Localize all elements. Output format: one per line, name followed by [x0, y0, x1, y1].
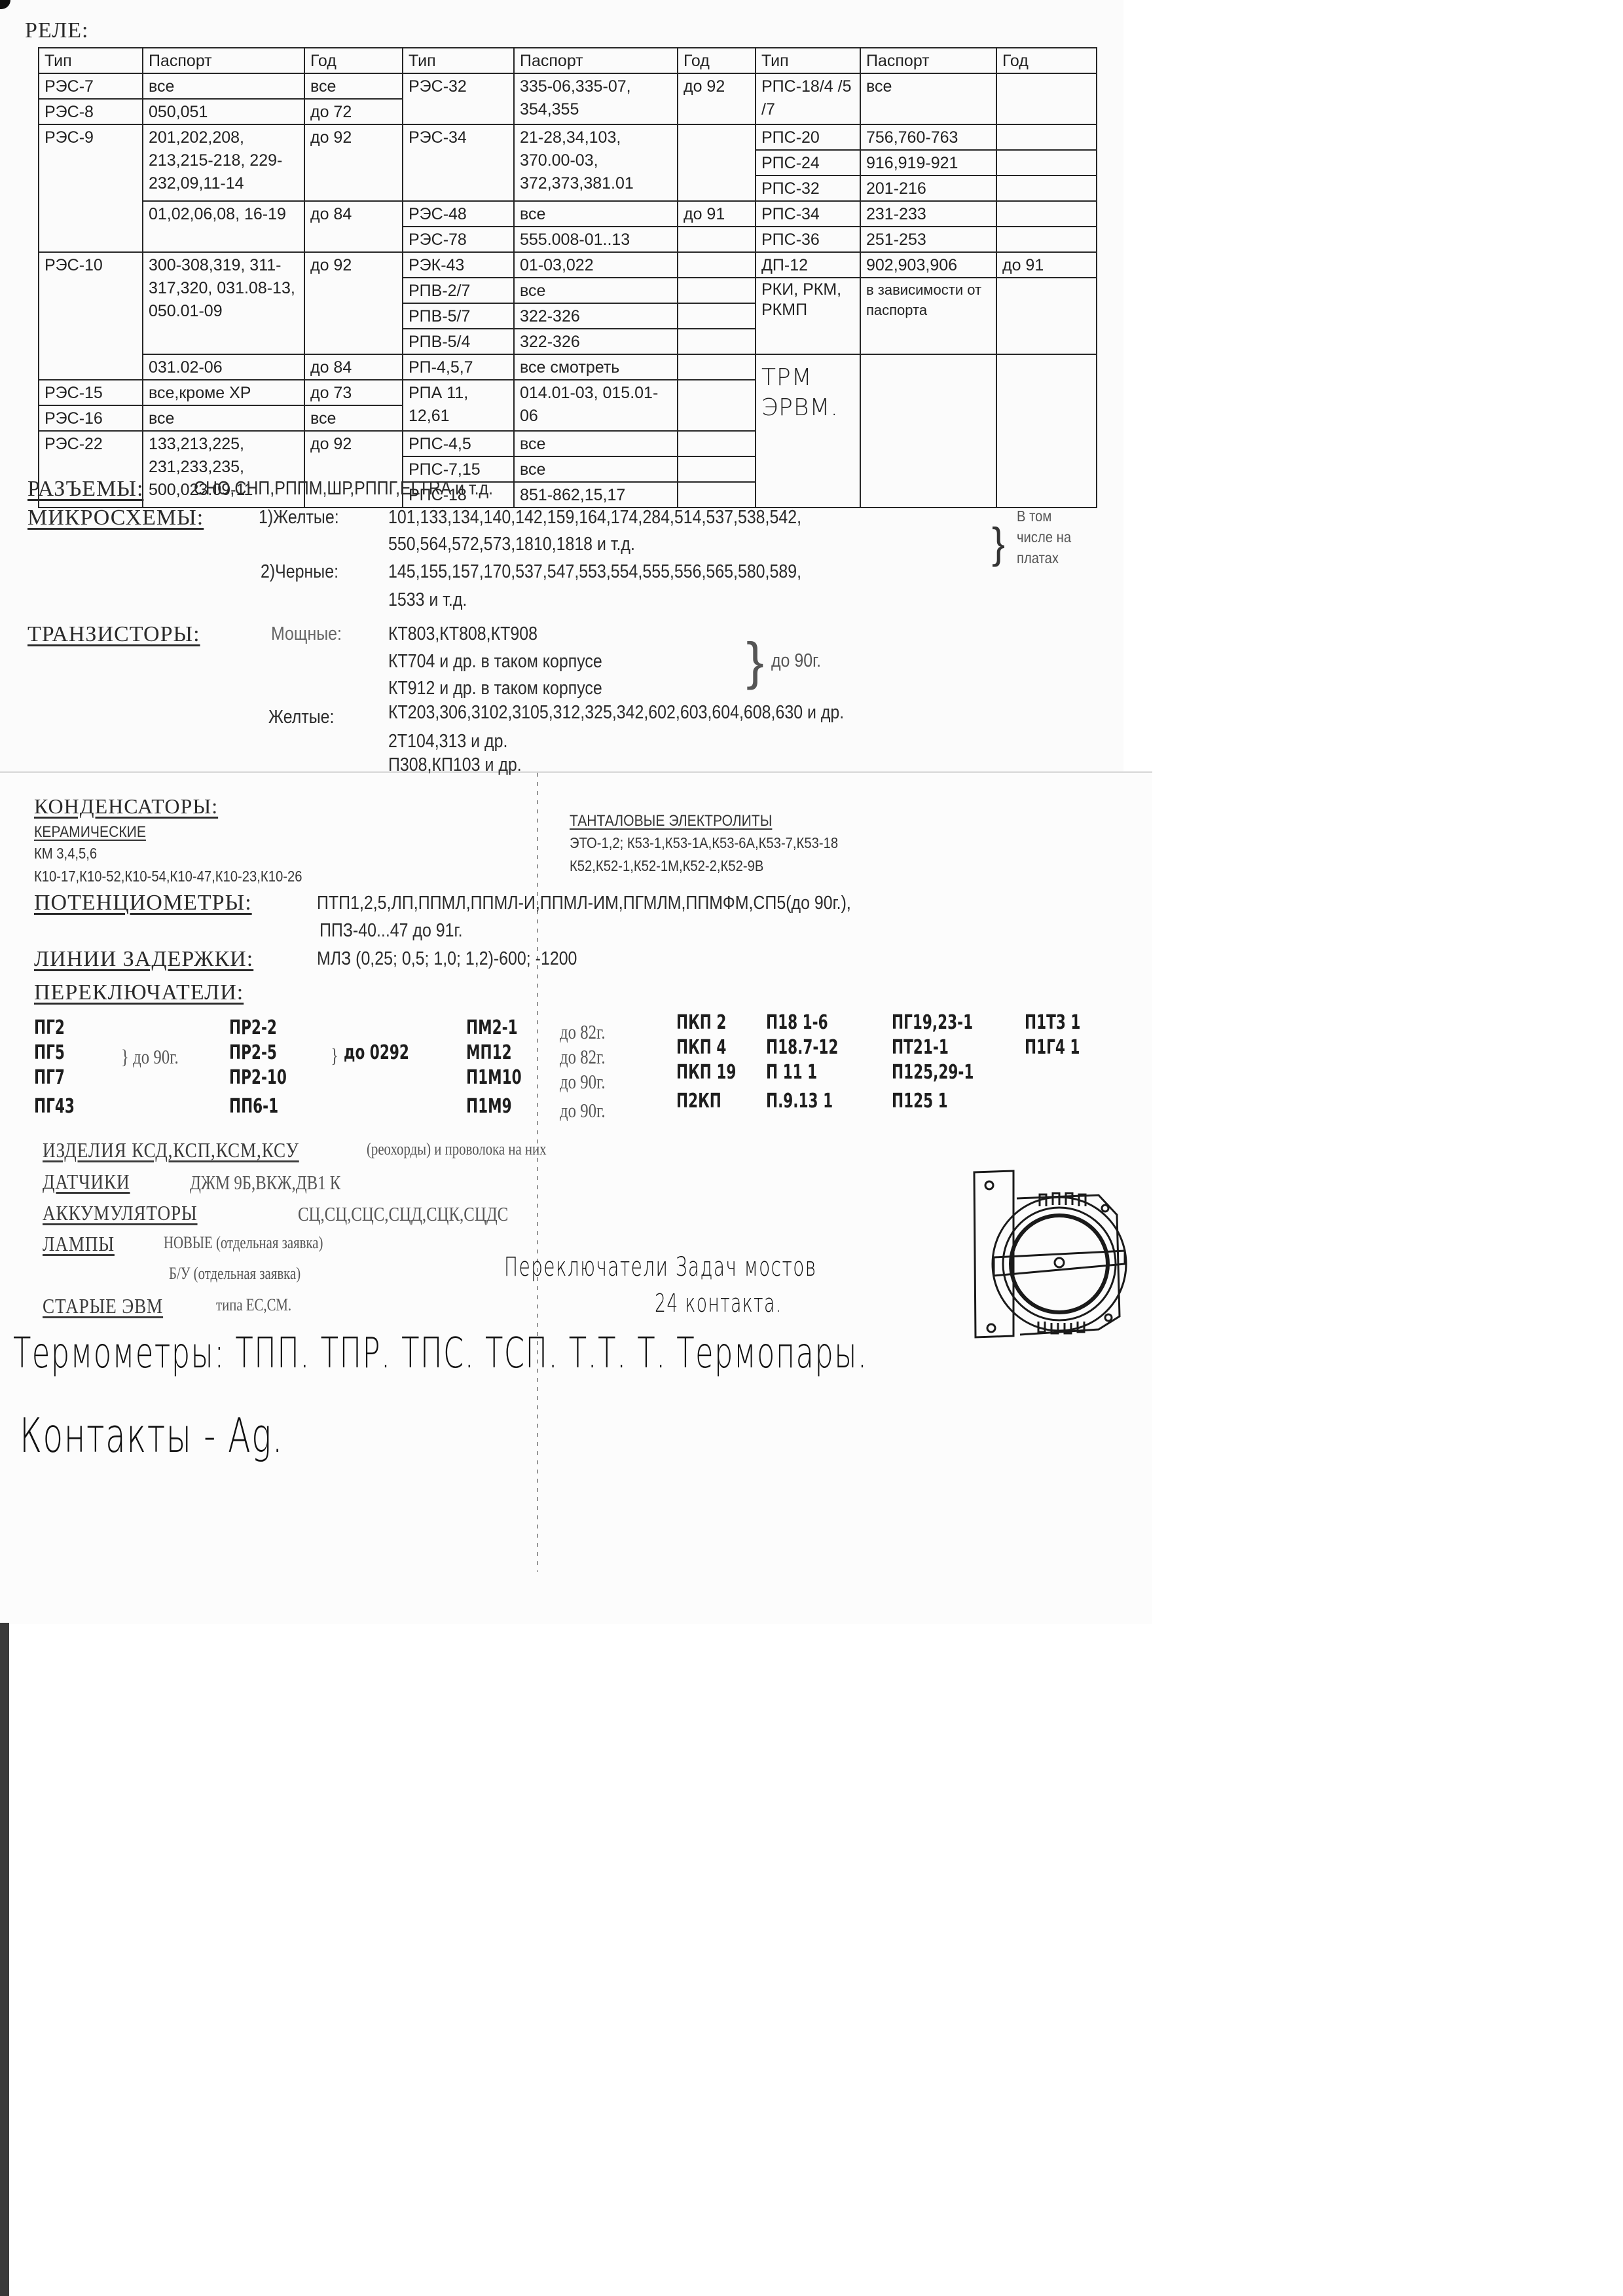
connectors-text: СНО,СНП,РППМ,ШР,РППГ,ELTRA и т.д. — [194, 478, 493, 500]
switch-note: до 90г. — [560, 1070, 606, 1094]
microchips-yellow-label: 1)Желтые: — [259, 507, 339, 528]
microchips-black-label: 2)Черные: — [261, 561, 338, 583]
connectors-label: РАЗЪЕМЫ: — [27, 477, 143, 502]
thermometers-note: Термометры: ТПП. ТПР. ТПС. ТСП. Т.Т. Т. … — [13, 1329, 868, 1378]
potentiometers-line2: ППЗ-40...47 до 91г. — [319, 920, 462, 942]
relay-passport-cell — [860, 354, 996, 508]
bridge-switches-contacts: 24 контакта. — [655, 1289, 782, 1318]
relay-year-cell — [996, 124, 1097, 150]
ceramic-line2: К10-17,К10-52,К10-54,К10-47,К10-23,К10-2… — [34, 868, 302, 885]
header-year: Год — [678, 48, 756, 73]
ceramic-label: КЕРАМИЧЕСКИЕ — [34, 823, 146, 842]
relay-year-cell — [678, 456, 756, 482]
misc-label: СТАРЫЕ ЭВМ — [43, 1294, 163, 1318]
relay-header-row: Тип Паспорт Год Тип Паспорт Год Тип Пасп… — [39, 48, 1097, 73]
relay-passport-cell: в зависимости от паспорта — [860, 278, 996, 354]
relay-type-cell: РПС-32 — [756, 176, 860, 201]
misc-label: АККУМУЛЯТОРЫ — [43, 1201, 198, 1225]
relay-type-cell: РПС-34 — [756, 201, 860, 227]
microchips-yellow-line2: 550,564,572,573,1810,1818 и т.д. — [388, 534, 635, 555]
relay-type-cell: РЭС-78 — [403, 227, 514, 252]
relay-passport-cell: 851-862,15,17 — [514, 482, 678, 508]
relay-passport-cell: все — [514, 431, 678, 456]
relay-passport-cell: 21-28,34,103, 370.00-03, 372,373,381.01 — [514, 124, 678, 201]
relay-passport-cell: все — [514, 456, 678, 482]
capacitors-label: КОНДЕНСАТОРЫ: — [34, 794, 218, 819]
switch-item: МП12 — [466, 1041, 512, 1064]
transistors-power-note: до 90г. — [771, 650, 821, 672]
relay-year-cell — [678, 227, 756, 252]
switch-item: ПР2-2 — [229, 1016, 277, 1039]
relay-year-cell: до 72 — [304, 99, 403, 124]
scanner-edge — [0, 1623, 9, 2296]
relay-passport-cell: 555.008-01..13 — [514, 227, 678, 252]
transistors-power-label: Мощные: — [271, 623, 342, 645]
switch-item: ПМ2-1 — [466, 1016, 518, 1039]
misc-text: Б/У (отдельная заявка) — [169, 1264, 301, 1284]
relay-type-cell: РПС-24 — [756, 150, 860, 176]
relay-passport-cell: 231-233 — [860, 201, 996, 227]
relay-year-cell: до 84 — [304, 201, 403, 252]
ceramic-line1: КМ 3,4,5,6 — [34, 845, 97, 862]
relay-year-cell — [678, 252, 756, 278]
relay-year-cell: до 91 — [678, 201, 756, 227]
relay-row: 01,02,06,08, 16-19до 84РЭС-48вседо 91РПС… — [39, 201, 1097, 227]
header-year: Год — [304, 48, 403, 73]
switch-item: ПР2-10 — [229, 1066, 287, 1089]
relay-type-cell: РЭС-9 — [39, 124, 143, 252]
relay-passport-cell: 050,051 — [143, 99, 304, 124]
bridge-switches-note: Переключатели Задач мостов — [504, 1252, 817, 1282]
relay-type-cell: РПС-18/4 /5 /7 — [756, 73, 860, 124]
relay-type-cell: РПС-4,5 — [403, 431, 514, 456]
relay-year-cell — [996, 150, 1097, 176]
transistors-power-line1: КТ803,КТ808,КТ908 — [388, 623, 538, 645]
switch-item: П2КП — [676, 1090, 721, 1113]
microchips-note-line3: платах — [1017, 549, 1059, 567]
switch-item: ПКП 4 — [676, 1036, 726, 1059]
relay-passport-cell: 300-308,319, 311-317,320, 031.08-13, 050… — [143, 252, 304, 354]
transistors-power-line3: КТ912 и др. в таком корпусе — [388, 678, 602, 699]
relay-passport-cell: все — [143, 73, 304, 99]
relay-passport-cell: все — [860, 73, 996, 124]
switches-label: ПЕРЕКЛЮЧАТЕЛИ: — [34, 980, 244, 1005]
relay-type-cell: РКИ, РКМ, РКМП — [756, 278, 860, 354]
relay-passport-cell: все — [514, 278, 678, 303]
switch-item: П.9.13 1 — [766, 1090, 833, 1113]
switch-item: ПП6-1 — [229, 1095, 278, 1118]
misc-label: ИЗДЕЛИЯ КСД,КСП,КСМ,КСУ — [43, 1138, 299, 1162]
relay-passport-cell: 335-06,335-07, 354,355 — [514, 73, 678, 124]
relay-row: РЭС-9201,202,208, 213,215-218, 229-232,0… — [39, 124, 1097, 150]
switch-note: до 82г. — [560, 1045, 606, 1069]
switch-item: ПКП 19 — [676, 1061, 736, 1084]
switch-item: П125,29-1 — [892, 1061, 974, 1084]
microchips-black-line2: 1533 и т.д. — [388, 589, 467, 611]
switch-item: ПР2-5 — [229, 1041, 277, 1064]
relay-type-cell: РПС-36 — [756, 227, 860, 252]
delay-lines-text: МЛЗ (0,25; 0,5; 1,0; 1,2)-600; -1200 — [317, 948, 577, 970]
relay-passport-cell: 031.02-06 — [143, 354, 304, 380]
switch-item: ПГ5 — [34, 1041, 65, 1064]
brace-icon: } — [331, 1044, 338, 1067]
relay-type-cell: РПВ-2/7 — [403, 278, 514, 303]
relay-type-cell: РПВ-5/7 — [403, 303, 514, 329]
switch-note: } до 90г. — [121, 1045, 179, 1069]
switch-item: П1М9 — [466, 1095, 512, 1118]
transistors-yellow-line1: КТ203,306,3102,3105,312,325,342,602,603,… — [388, 702, 844, 724]
switch-item: П1Т3 1 — [1025, 1011, 1080, 1034]
microchips-note-line1: В том — [1017, 508, 1051, 525]
relay-year-cell — [996, 278, 1097, 354]
switch-item: ПГ43 — [34, 1095, 75, 1118]
switch-item: П 11 1 — [766, 1061, 817, 1084]
switch-item: П1Г4 1 — [1025, 1036, 1080, 1059]
relay-row: 031.02-06до 84РП-4,5,7все смотретьТРМ ЭР… — [39, 354, 1097, 380]
relay-year-cell — [996, 201, 1097, 227]
switch-item: П18 1-6 — [766, 1011, 828, 1034]
header-passport: Паспорт — [514, 48, 678, 73]
relay-passport-cell: 756,760-763 — [860, 124, 996, 150]
relay-year-cell: до 92 — [678, 73, 756, 124]
relay-passport-cell: 01-03,022 — [514, 252, 678, 278]
switch-note: до 0292 — [344, 1041, 409, 1064]
relay-type-cell: РЭС-10 — [39, 252, 143, 380]
relay-year-cell — [678, 380, 756, 431]
relay-type-cell: РПВ-5/4 — [403, 329, 514, 354]
relay-passport-cell: 916,919-921 — [860, 150, 996, 176]
relay-table: Тип Паспорт Год Тип Паспорт Год Тип Пасп… — [38, 47, 1097, 508]
relay-year-cell: до 92 — [304, 252, 403, 354]
brace-icon: } — [746, 625, 764, 697]
relay-type-cell: РПА 11, 12,61 — [403, 380, 514, 431]
header-passport: Паспорт — [143, 48, 304, 73]
relay-year-cell — [678, 354, 756, 380]
relay-type-cell: РЭС-34 — [403, 124, 514, 201]
potentiometers-label: ПОТЕНЦИОМЕТРЫ: — [34, 891, 252, 916]
microchips-label: МИКРОСХЕМЫ: — [27, 506, 204, 530]
relay-passport-cell: 01,02,06,08, 16-19 — [143, 201, 304, 252]
relay-row: РЭС-10300-308,319, 311-317,320, 031.08-1… — [39, 252, 1097, 278]
relay-passport-cell: все смотреть — [514, 354, 678, 380]
switch-note: до 90г. — [560, 1099, 606, 1122]
transistors-yellow-label: Желтые: — [268, 707, 334, 728]
relay-passport-cell: 322-326 — [514, 329, 678, 354]
relay-year-cell — [678, 124, 756, 201]
switch-note: до 82г. — [560, 1020, 606, 1044]
transistors-yellow-line2: 2Т104,313 и др. — [388, 731, 507, 752]
switch-item: ПКП 2 — [676, 1011, 726, 1034]
microchips-yellow-line1: 101,133,134,140,142,159,164,174,284,514,… — [388, 507, 801, 528]
relay-passport-cell: 201,202,208, 213,215-218, 229-232,09,11-… — [143, 124, 304, 201]
relay-year-cell: до 73 — [304, 380, 403, 405]
tantalum-line1: ЭТО-1,2; К53-1,К53-1А,К53-6А,К53-7,К53-1… — [570, 834, 838, 852]
relay-year-cell — [678, 431, 756, 456]
misc-label: ЛАМПЫ — [43, 1232, 115, 1256]
relay-year-cell — [678, 482, 756, 508]
switch-item: П1М10 — [466, 1066, 522, 1089]
relay-year-cell: до 91 — [996, 252, 1097, 278]
transistors-label: ТРАНЗИСТОРЫ: — [27, 622, 200, 647]
relay-passport-cell: 251-253 — [860, 227, 996, 252]
relay-year-cell: все — [304, 405, 403, 431]
transistors-power-line2: КТ704 и др. в таком корпусе — [388, 651, 602, 673]
delay-lines-label: ЛИНИИ ЗАДЕРЖКИ: — [34, 947, 253, 972]
misc-text: СЦ,СЦ,СЦС,СЦД,СЦК,СЦДС — [298, 1202, 508, 1226]
tantalum-line2: К52,К52-1,К52-1М,К52-2,К52-9В — [570, 857, 763, 875]
relay-row: РЭС-7всевсеРЭС-32335-06,335-07, 354,355д… — [39, 73, 1097, 99]
header-year: Год — [996, 48, 1097, 73]
relay-type-cell: РЭС-32 — [403, 73, 514, 124]
relay-title: РЕЛЕ: — [25, 18, 89, 43]
header-passport: Паспорт — [860, 48, 996, 73]
relay-year-cell: до 92 — [304, 124, 403, 201]
relay-year-cell: до 84 — [304, 354, 403, 380]
relay-year-cell — [996, 73, 1097, 124]
relay-passport-cell: 014.01-03, 015.01-06 — [514, 380, 678, 431]
relay-passport-cell: все — [514, 201, 678, 227]
misc-text: НОВЫЕ (отдельная заявка) — [164, 1233, 323, 1253]
relay-type-cell: ТРМ ЭРВМ. — [756, 354, 860, 508]
relay-year-cell — [996, 176, 1097, 201]
microchips-note-line2: числе на — [1017, 528, 1071, 546]
tantalum-label: ТАНТАЛОВЫЕ ЭЛЕКТРОЛИТЫ — [570, 812, 772, 830]
switch-item: ПТ21-1 — [892, 1036, 949, 1059]
misc-text: (реохорды) и проволока на них — [367, 1139, 547, 1159]
relay-type-cell: РЭК-43 — [403, 252, 514, 278]
contacts-note: Контакты - Ag. — [20, 1408, 283, 1463]
relay-passport-cell: 322-326 — [514, 303, 678, 329]
relay-passport-cell: все,кроме ХР — [143, 380, 304, 405]
relay-type-cell: РЭС-8 — [39, 99, 143, 124]
relay-type-cell: ДП-12 — [756, 252, 860, 278]
relay-type-cell: РЭС-7 — [39, 73, 143, 99]
relay-type-cell: РЭС-15 — [39, 380, 143, 405]
switch-item: ПГ2 — [34, 1016, 65, 1039]
misc-label: ДАТЧИКИ — [43, 1170, 130, 1194]
header-type: Тип — [403, 48, 514, 73]
transistors-yellow-line3: П308,КП103 и др. — [388, 754, 522, 776]
relay-year-cell: все — [304, 73, 403, 99]
header-type: Тип — [756, 48, 860, 73]
relay-passport-cell: 201-216 — [860, 176, 996, 201]
switch-item: П18.7-12 — [766, 1036, 838, 1059]
relay-type-cell: РП-4,5,7 — [403, 354, 514, 380]
header-type: Тип — [39, 48, 143, 73]
relay-year-cell — [678, 278, 756, 303]
relay-year-cell — [996, 227, 1097, 252]
relay-type-cell: РЭС-16 — [39, 405, 143, 431]
switch-item: ПГ7 — [34, 1066, 65, 1089]
relay-year-cell — [678, 303, 756, 329]
misc-text: ДЖМ 9Б,ВКЖ,ДВ1 К — [190, 1171, 340, 1194]
relay-passport-cell: 902,903,906 — [860, 252, 996, 278]
switch-item: П125 1 — [892, 1090, 948, 1113]
relay-type-cell: РПС-20 — [756, 124, 860, 150]
misc-text: типа ЕС,СМ. — [216, 1295, 291, 1315]
switch-sketch-drawing — [968, 1166, 1138, 1342]
potentiometers-line1: ПТП1,2,5,ЛП,ППМЛ,ППМЛ-И,ППМЛ-ИМ,ПГМЛМ,ПП… — [317, 893, 851, 914]
switch-item: ПГ19,23-1 — [892, 1011, 973, 1034]
relay-passport-cell: все — [143, 405, 304, 431]
relay-type-cell: РЭС-48 — [403, 201, 514, 227]
microchips-black-line1: 145,155,157,170,537,547,553,554,555,556,… — [388, 561, 801, 583]
brace-icon: } — [992, 500, 1005, 587]
relay-year-cell — [678, 329, 756, 354]
relay-year-cell — [996, 354, 1097, 508]
